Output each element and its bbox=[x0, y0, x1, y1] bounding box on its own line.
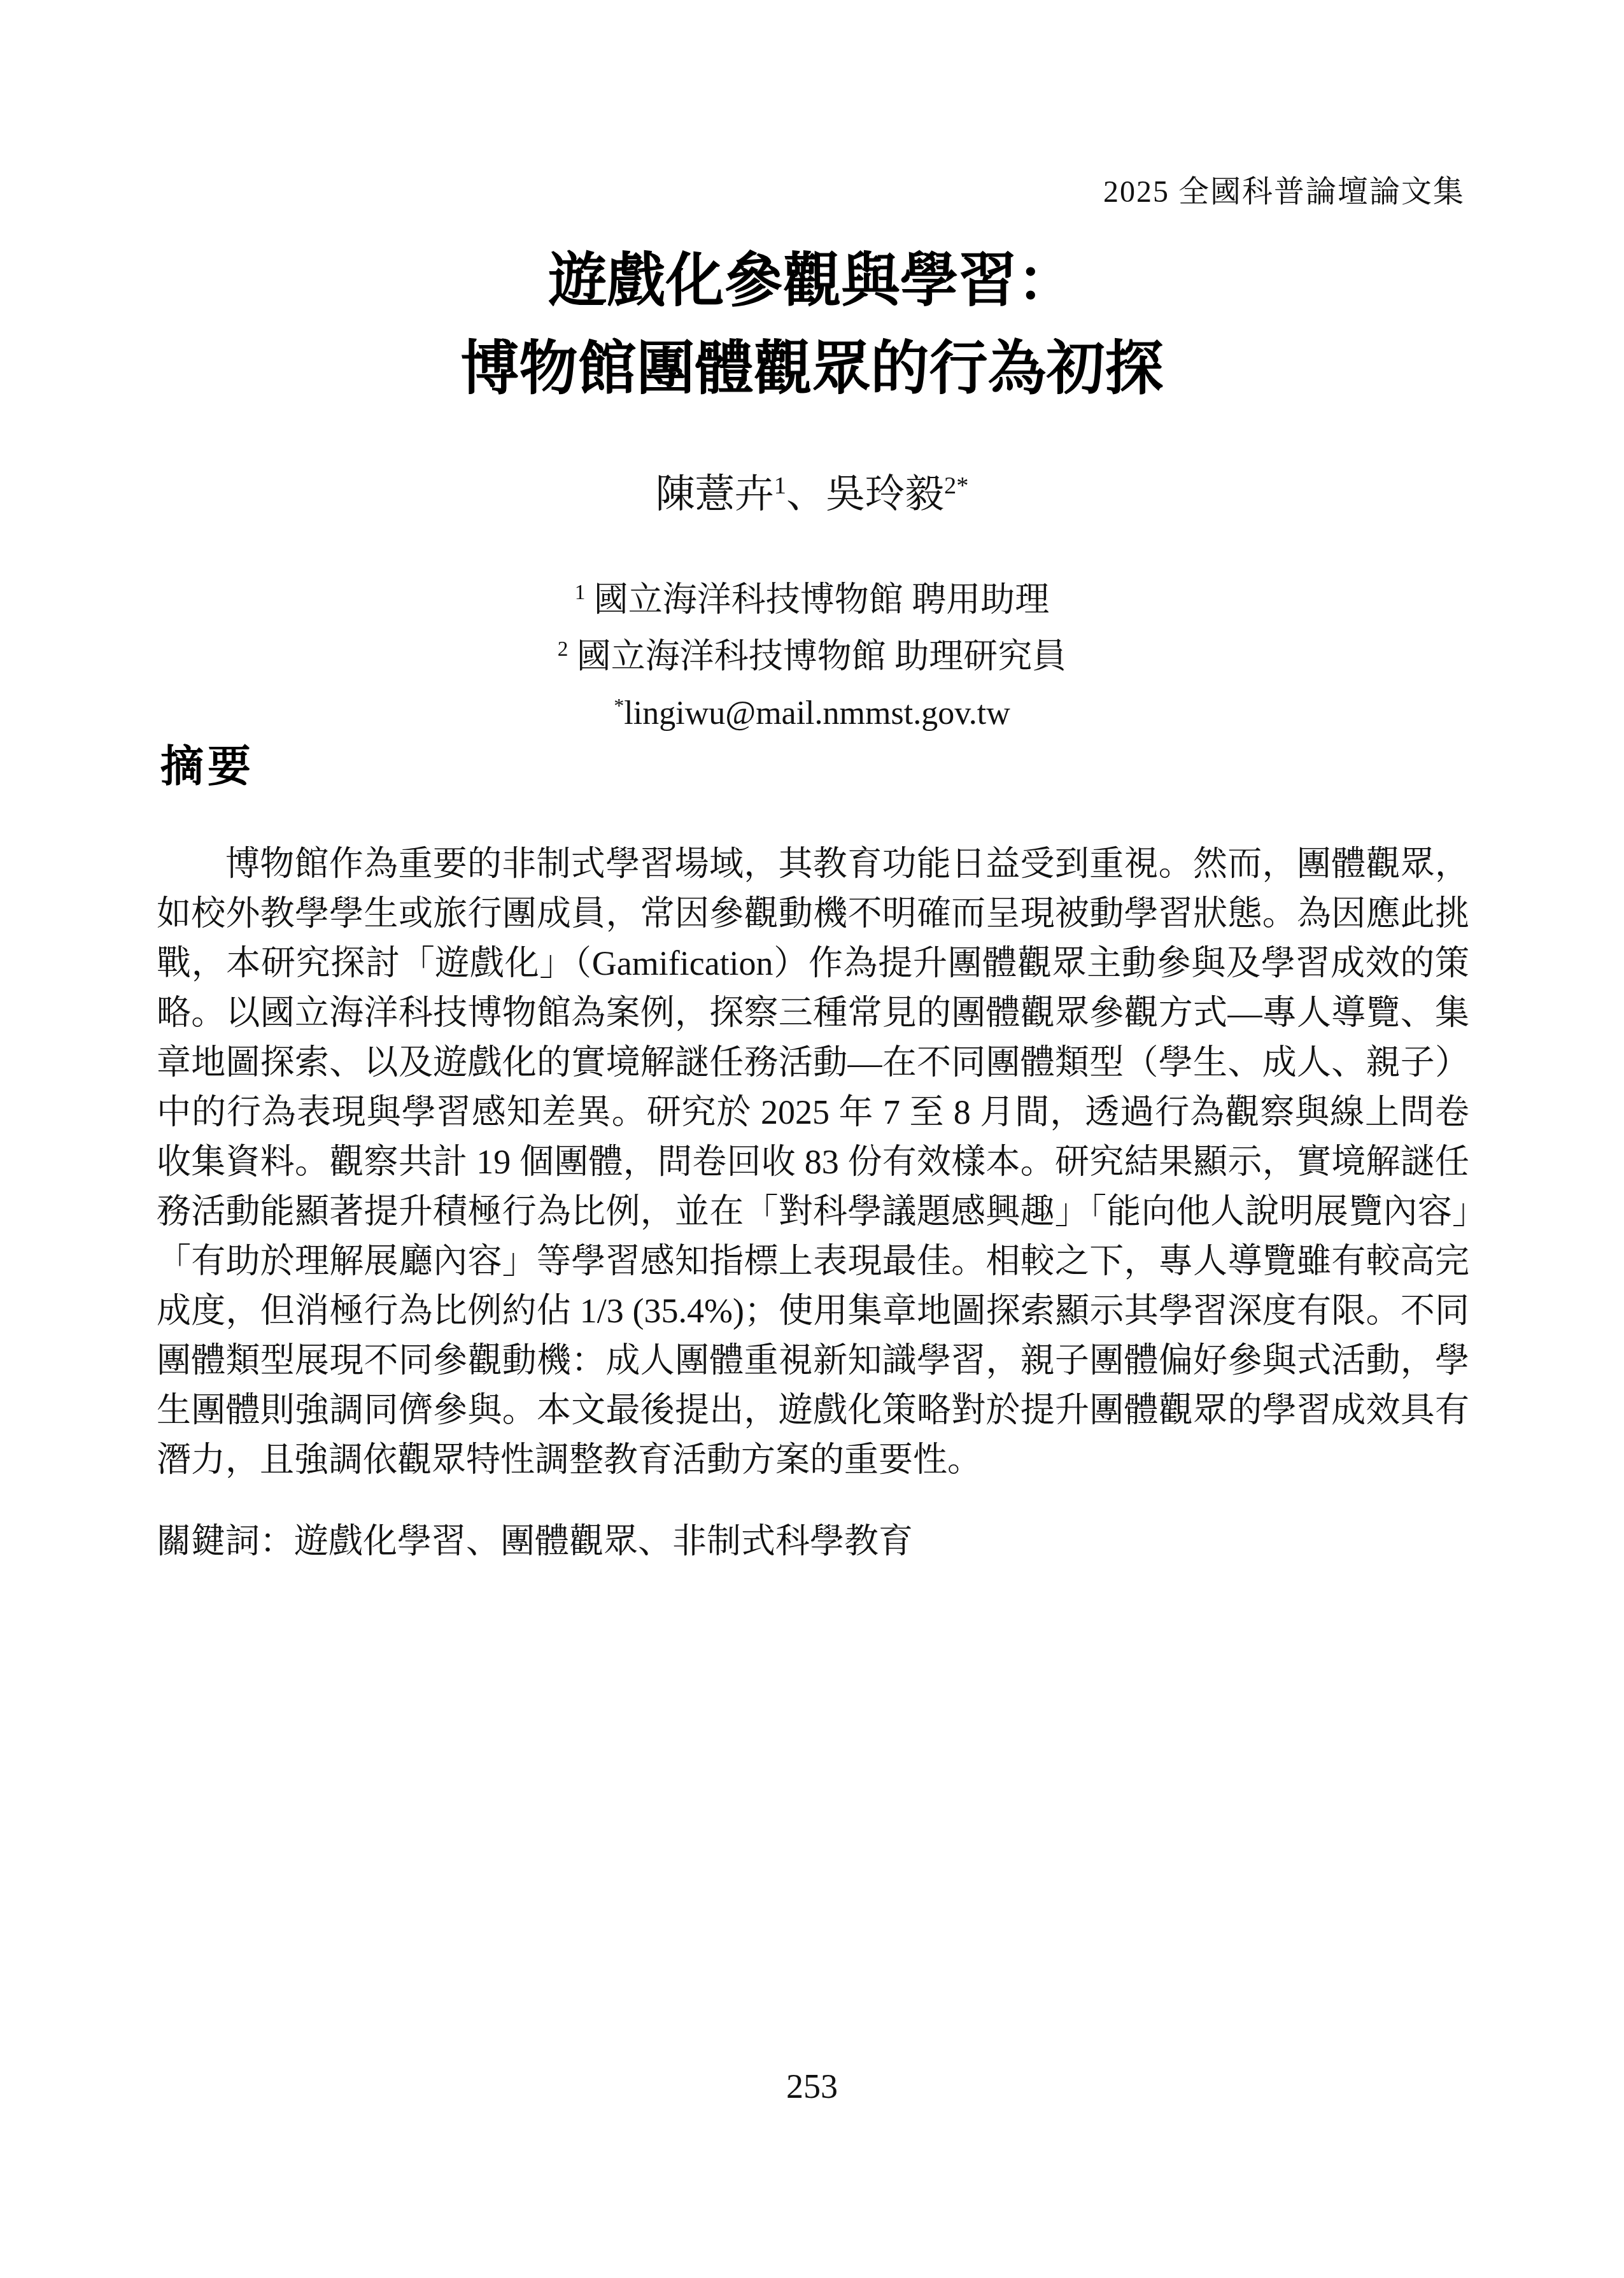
author-separator: 、 bbox=[786, 473, 826, 516]
author-2-superscript: 2* bbox=[944, 472, 968, 499]
email-superscript: * bbox=[614, 694, 624, 717]
affiliation-2-text: 國立海洋科技博物館 助理研究員 bbox=[577, 637, 1067, 676]
affiliation-1-text: 國立海洋科技博物館 聘用助理 bbox=[594, 581, 1050, 619]
affiliation-2: 2 國立海洋科技博物館 助理研究員 bbox=[0, 628, 1624, 685]
paper-page: 2025 全國科普論壇論文集 遊戲化參觀與學習： 博物館團體觀眾的行為初探 陳薏… bbox=[0, 0, 1624, 2278]
running-header: 2025 全國科普論壇論文集 bbox=[1103, 167, 1465, 211]
email-address: lingiwu@mail.nmmst.gov.tw bbox=[624, 695, 1010, 732]
keywords-line: 關鍵詞：遊戲化學習、團體觀眾、非制式科學教育 bbox=[157, 1514, 1469, 1563]
author-1-superscript: 1 bbox=[774, 472, 786, 499]
author-2-name: 吳玲毅 bbox=[826, 473, 944, 516]
affiliation-1: 1 國立海洋科技博物館 聘用助理 bbox=[0, 572, 1624, 628]
paper-title: 遊戲化參觀與學習： 博物館團體觀眾的行為初探 bbox=[0, 237, 1624, 413]
paper-title-line2: 博物館團體觀眾的行為初探 bbox=[0, 325, 1624, 413]
paper-title-line1: 遊戲化參觀與學習： bbox=[0, 237, 1624, 325]
authors-line: 陳薏卉1、吳玲毅2* bbox=[0, 462, 1624, 519]
affiliations-block: 1 國立海洋科技博物館 聘用助理 2 國立海洋科技博物館 助理研究員 *ling… bbox=[0, 572, 1624, 742]
affiliation-1-superscript: 1 bbox=[575, 581, 586, 604]
affiliation-2-superscript: 2 bbox=[558, 637, 568, 661]
abstract-paragraph: 博物館作為重要的非制式學習場域，其教育功能日益受到重視。然而，團體觀眾，如校外教… bbox=[157, 839, 1469, 1485]
page-number: 253 bbox=[0, 2067, 1624, 2106]
abstract-heading: 摘要 bbox=[160, 732, 255, 794]
author-1-name: 陳薏卉 bbox=[656, 473, 774, 516]
